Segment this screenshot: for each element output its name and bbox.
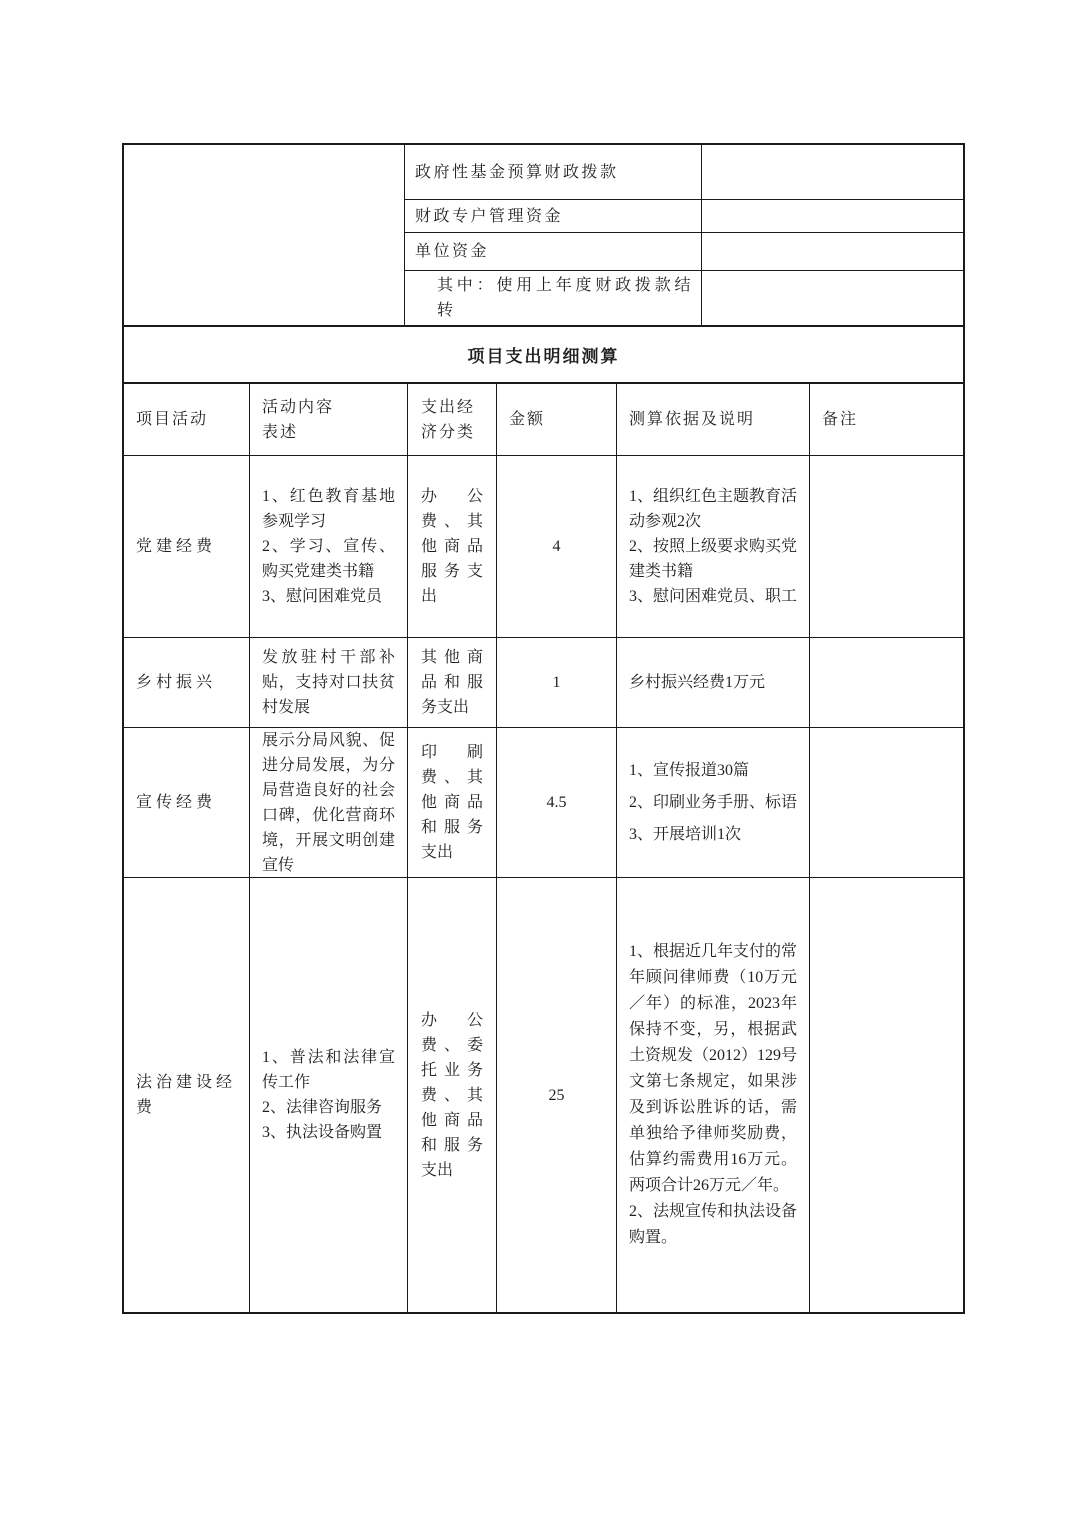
column-header-activity: 项目活动 (124, 384, 250, 456)
header-text: 备注 (822, 407, 951, 432)
table-row-remark (810, 728, 963, 878)
category-text: 其他商品和服务支出 (421, 645, 483, 720)
category-text: 印刷费、其他商品和服务支出 (421, 740, 483, 865)
funding-label-text: 财政专户管理资金 (415, 204, 693, 229)
table-row-category: 办公费、其他商品服务支出 (408, 456, 497, 638)
table-row-activity: 宣传经费 (124, 728, 250, 878)
funding-row-label: 政府性基金预算财政拨款 (405, 145, 702, 200)
header-text: 活动内容 表述 (262, 395, 395, 445)
content-text: 1、普法和法律宣传工作 2、法律咨询服务 3、执法设备购置 (262, 1045, 395, 1145)
basis-text: 1、组织红色主题教育活动参观2次 2、按照上级要求购买党建类书籍 3、慰问困难党… (629, 484, 797, 609)
table-row-content: 1、红色教育基地参观学习 2、学习、宣传、购买党建类书籍 3、慰问困难党员 (250, 456, 408, 638)
basis-text: 1、宣传报道30篇 2、印刷业务手册、标语 3、开展培训1次 (629, 755, 797, 851)
activity-text: 法治建设经费 (136, 1070, 237, 1120)
basis-text: 1、根据近几年支付的常年顾问律师费（10万元／年）的标准，2023年保持不变，另… (629, 939, 797, 1251)
funding-left-empty-cell (124, 145, 405, 325)
content-text: 展示分局风貌、促进分局发展，为分局营造良好的社会口碑，优化营商环境，开展文明创建… (262, 728, 395, 878)
funding-row-value (702, 233, 963, 271)
table-row-remark (810, 456, 963, 638)
table-row-basis: 1、根据近几年支付的常年顾问律师费（10万元／年）的标准，2023年保持不变，另… (617, 878, 810, 1312)
table-row-category: 其他商品和服务支出 (408, 638, 497, 728)
funding-row-value (702, 200, 963, 233)
budget-table: 政府性基金预算财政拨款 财政专户管理资金 单位资金 其中：使用上年度财政拨款结转… (122, 143, 965, 1314)
table-row-amount: 25 (497, 878, 617, 1312)
section-title: 项目支出明细测算 (468, 342, 620, 367)
funding-row-label: 单位资金 (405, 233, 702, 271)
header-text: 支出经 济分类 (421, 395, 483, 445)
table-row-content: 展示分局风貌、促进分局发展，为分局营造良好的社会口碑，优化营商环境，开展文明创建… (250, 728, 408, 878)
funding-label-text: 其中：使用上年度财政拨款结转 (437, 273, 693, 323)
table-row-basis: 1、宣传报道30篇 2、印刷业务手册、标语 3、开展培训1次 (617, 728, 810, 878)
column-header-amount: 金额 (497, 384, 617, 456)
basis-text: 乡村振兴经费1万元 (629, 670, 797, 695)
column-header-content: 活动内容 表述 (250, 384, 408, 456)
funding-row-value (702, 145, 963, 200)
amount-text: 4.5 (509, 790, 604, 815)
category-text: 办公费、委托业务费、其他商品和服务支出 (421, 1008, 483, 1183)
column-header-remark: 备注 (810, 384, 963, 456)
table-row-remark (810, 638, 963, 728)
table-row-category: 印刷费、其他商品和服务支出 (408, 728, 497, 878)
table-row-basis: 1、组织红色主题教育活动参观2次 2、按照上级要求购买党建类书籍 3、慰问困难党… (617, 456, 810, 638)
funding-label-text: 单位资金 (415, 239, 693, 264)
section-title-row: 项目支出明细测算 (124, 325, 963, 384)
document-page: 政府性基金预算财政拨款 财政专户管理资金 单位资金 其中：使用上年度财政拨款结转… (0, 0, 1075, 1520)
amount-text: 25 (509, 1083, 604, 1108)
column-header-basis: 测算依据及说明 (617, 384, 810, 456)
table-row-activity: 法治建设经费 (124, 878, 250, 1312)
table-row-activity: 党建经费 (124, 456, 250, 638)
amount-text: 1 (509, 670, 604, 695)
funding-source-section: 政府性基金预算财政拨款 财政专户管理资金 单位资金 其中：使用上年度财政拨款结转 (124, 145, 963, 325)
funding-label-text: 政府性基金预算财政拨款 (415, 160, 693, 185)
activity-text: 党建经费 (136, 534, 237, 559)
header-text: 金额 (509, 407, 604, 432)
expense-detail-table: 项目活动 活动内容 表述 支出经 济分类 金额 测算依据及说明 备注 党建经费 … (124, 384, 963, 1312)
activity-text: 乡村振兴 (136, 670, 237, 695)
table-row-content: 发放驻村干部补贴，支持对口扶贫村发展 (250, 638, 408, 728)
funding-row-label: 财政专户管理资金 (405, 200, 702, 233)
content-text: 1、红色教育基地参观学习 2、学习、宣传、购买党建类书籍 3、慰问困难党员 (262, 484, 395, 609)
table-row-content: 1、普法和法律宣传工作 2、法律咨询服务 3、执法设备购置 (250, 878, 408, 1312)
column-header-category: 支出经 济分类 (408, 384, 497, 456)
table-row-basis: 乡村振兴经费1万元 (617, 638, 810, 728)
table-row-amount: 4 (497, 456, 617, 638)
table-row-category: 办公费、委托业务费、其他商品和服务支出 (408, 878, 497, 1312)
table-row-amount: 1 (497, 638, 617, 728)
table-row-amount: 4.5 (497, 728, 617, 878)
category-text: 办公费、其他商品服务支出 (421, 484, 483, 609)
amount-text: 4 (509, 534, 604, 559)
table-row-activity: 乡村振兴 (124, 638, 250, 728)
funding-row-value (702, 271, 963, 325)
activity-text: 宣传经费 (136, 790, 237, 815)
header-text: 测算依据及说明 (629, 407, 797, 432)
table-row-remark (810, 878, 963, 1312)
header-text: 项目活动 (136, 407, 237, 432)
content-text: 发放驻村干部补贴，支持对口扶贫村发展 (262, 645, 395, 720)
funding-row-label: 其中：使用上年度财政拨款结转 (405, 271, 702, 325)
